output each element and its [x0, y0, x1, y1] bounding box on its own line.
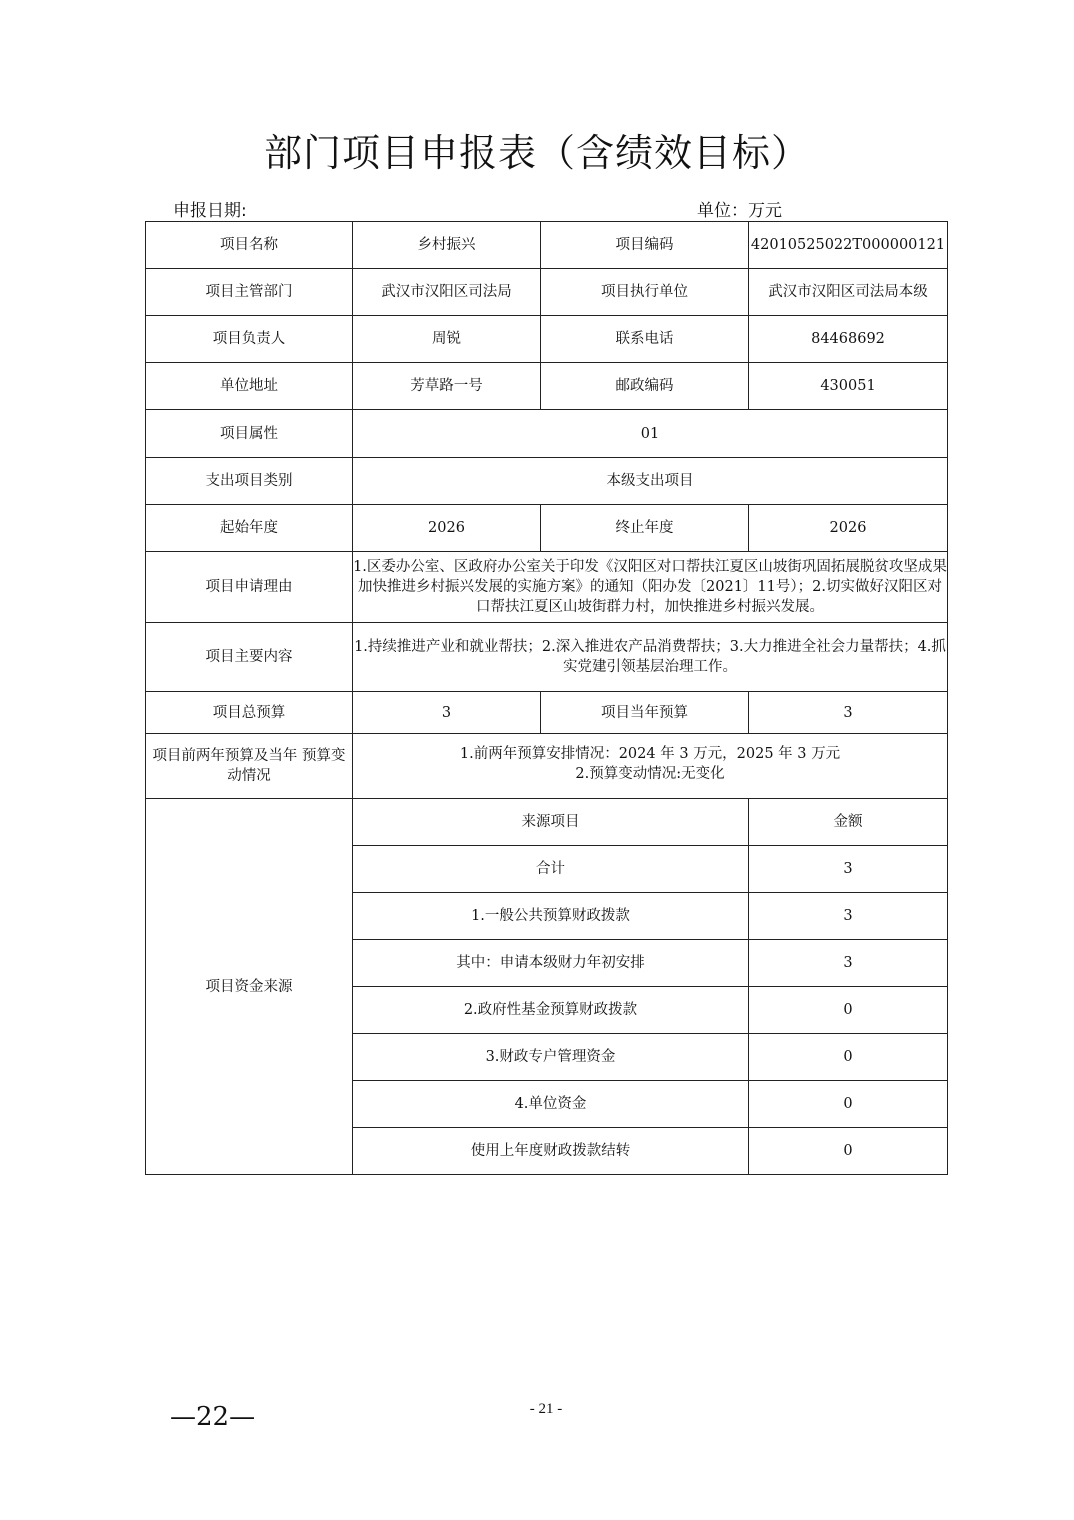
funding-source: 4.单位资金: [353, 1081, 749, 1128]
table-row: 支出项目类别 本级支出项目: [146, 458, 948, 505]
project-code-label: 项目编码: [541, 222, 749, 269]
address-label: 单位地址: [146, 363, 353, 410]
current-budget-value: 3: [749, 692, 948, 734]
funding-header-source: 来源项目: [353, 799, 749, 846]
attribute-value: 01: [353, 410, 948, 458]
content-label: 项目主要内容: [146, 623, 353, 692]
executing-unit-value: 武汉市汉阳区司法局本级: [749, 269, 948, 316]
table-row: 项目申请理由 1.区委办公室、区政府办公室关于印发《汉阳区对口帮扶江夏区山坡街巩…: [146, 552, 948, 623]
end-year-label: 终止年度: [541, 505, 749, 552]
report-date-label: 申报日期:: [173, 196, 247, 221]
phone-value: 84468692: [749, 316, 948, 363]
start-year-value: 2026: [353, 505, 541, 552]
project-name-value: 乡村振兴: [353, 222, 541, 269]
project-lead-label: 项目负责人: [146, 316, 353, 363]
table-row: 项目主管部门 武汉市汉阳区司法局 项目执行单位 武汉市汉阳区司法局本级: [146, 269, 948, 316]
current-budget-label: 项目当年预算: [541, 692, 749, 734]
category-value: 本级支出项目: [353, 458, 948, 505]
unit-label: 单位：万元: [697, 196, 782, 221]
total-budget-value: 3: [353, 692, 541, 734]
funding-amount: 3: [749, 846, 948, 893]
budget-change-line-2: 2.预算变动情况:无变化: [353, 764, 947, 784]
funding-source: 1.一般公共预算财政拨款: [353, 893, 749, 940]
executing-unit-label: 项目执行单位: [541, 269, 749, 316]
funding-amount: 3: [749, 940, 948, 987]
project-form-table: 项目名称 乡村振兴 项目编码 42010525022T000000121 项目主…: [145, 221, 948, 1175]
budget-change-value: 1.前两年预算安排情况：2024 年 3 万元，2025 年 3 万元 2.预算…: [353, 734, 948, 799]
project-code-value: 42010525022T000000121: [749, 222, 948, 269]
table-row: 起始年度 2026 终止年度 2026: [146, 505, 948, 552]
postcode-value: 430051: [749, 363, 948, 410]
table-row: 项目总预算 3 项目当年预算 3: [146, 692, 948, 734]
reason-value: 1.区委办公室、区政府办公室关于印发《汉阳区对口帮扶江夏区山坡街巩固拓展脱贫攻坚…: [353, 552, 948, 623]
funding-source: 2.政府性基金预算财政拨款: [353, 987, 749, 1034]
budget-change-label: 项目前两年预算及当年 预算变动情况: [146, 734, 353, 799]
page-number: - 21 -: [0, 1401, 1074, 1418]
start-year-label: 起始年度: [146, 505, 353, 552]
supervising-dept-label: 项目主管部门: [146, 269, 353, 316]
content-value: 1.持续推进产业和就业帮扶；2.深入推进农产品消费帮扶；3.大力推进全社会力量帮…: [353, 623, 948, 692]
total-budget-label: 项目总预算: [146, 692, 353, 734]
table-row: 项目名称 乡村振兴 项目编码 42010525022T000000121: [146, 222, 948, 269]
category-label: 支出项目类别: [146, 458, 353, 505]
project-lead-value: 周锐: [353, 316, 541, 363]
reason-label: 项目申请理由: [146, 552, 353, 623]
budget-change-line-1: 1.前两年预算安排情况：2024 年 3 万元，2025 年 3 万元: [353, 744, 947, 764]
table-row: 项目资金来源 来源项目 金额: [146, 799, 948, 846]
end-year-value: 2026: [749, 505, 948, 552]
funding-source: 其中：申请本级财力年初安排: [353, 940, 749, 987]
funding-amount: 0: [749, 1081, 948, 1128]
funding-amount: 0: [749, 987, 948, 1034]
document-title: 部门项目申报表（含绩效目标）: [0, 122, 1074, 177]
funding-source-label: 项目资金来源: [146, 799, 353, 1175]
table-row: 项目属性 01: [146, 410, 948, 458]
phone-label: 联系电话: [541, 316, 749, 363]
funding-header-amount: 金额: [749, 799, 948, 846]
funding-amount: 0: [749, 1034, 948, 1081]
supervising-dept-value: 武汉市汉阳区司法局: [353, 269, 541, 316]
table-row: 项目负责人 周锐 联系电话 84468692: [146, 316, 948, 363]
project-name-label: 项目名称: [146, 222, 353, 269]
table-row: 单位地址 芳草路一号 邮政编码 430051: [146, 363, 948, 410]
attribute-label: 项目属性: [146, 410, 353, 458]
funding-source: 3.财政专户管理资金: [353, 1034, 749, 1081]
address-value: 芳草路一号: [353, 363, 541, 410]
funding-source: 合计: [353, 846, 749, 893]
funding-amount: 0: [749, 1128, 948, 1175]
table-row: 项目前两年预算及当年 预算变动情况 1.前两年预算安排情况：2024 年 3 万…: [146, 734, 948, 799]
funding-source: 使用上年度财政拨款结转: [353, 1128, 749, 1175]
table-row: 项目主要内容 1.持续推进产业和就业帮扶；2.深入推进农产品消费帮扶；3.大力推…: [146, 623, 948, 692]
funding-amount: 3: [749, 893, 948, 940]
postcode-label: 邮政编码: [541, 363, 749, 410]
